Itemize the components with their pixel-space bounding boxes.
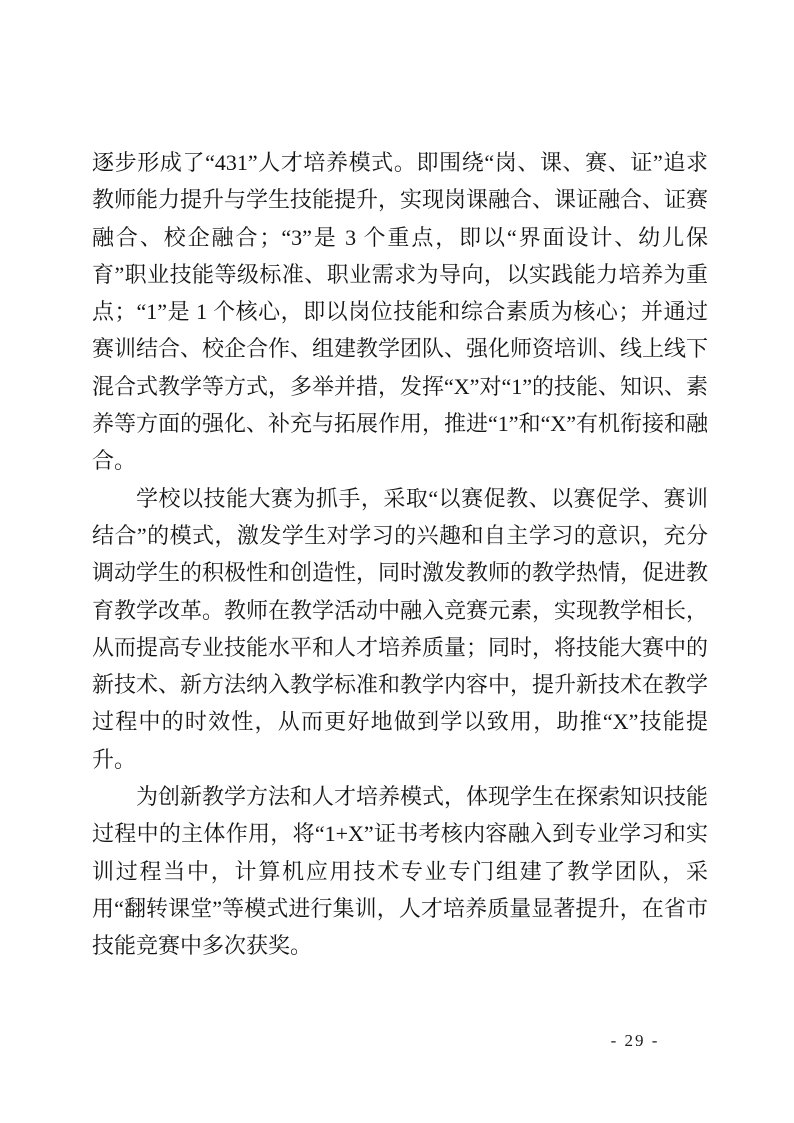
paragraph-continuation: 逐步形成了“431”人才培养模式。即围绕“岗、课、赛、证”追求教师能力提升与学生… bbox=[92, 144, 708, 480]
document-page: 逐步形成了“431”人才培养模式。即围绕“岗、课、赛、证”追求教师能力提升与学生… bbox=[0, 0, 794, 1123]
body-text: 逐步形成了“431”人才培养模式。即围绕“岗、课、赛、证”追求教师能力提升与学生… bbox=[92, 144, 708, 965]
page-number: - 29 - bbox=[584, 1031, 686, 1051]
paragraph: 学校以技能大赛为抓手，采取“以赛促教、以赛促学、赛训结合”的模式，激发学生对学习… bbox=[92, 480, 708, 778]
paragraph: 为创新教学方法和人才培养模式，体现学生在探索知识技能过程中的主体作用，将“1+X… bbox=[92, 778, 708, 964]
